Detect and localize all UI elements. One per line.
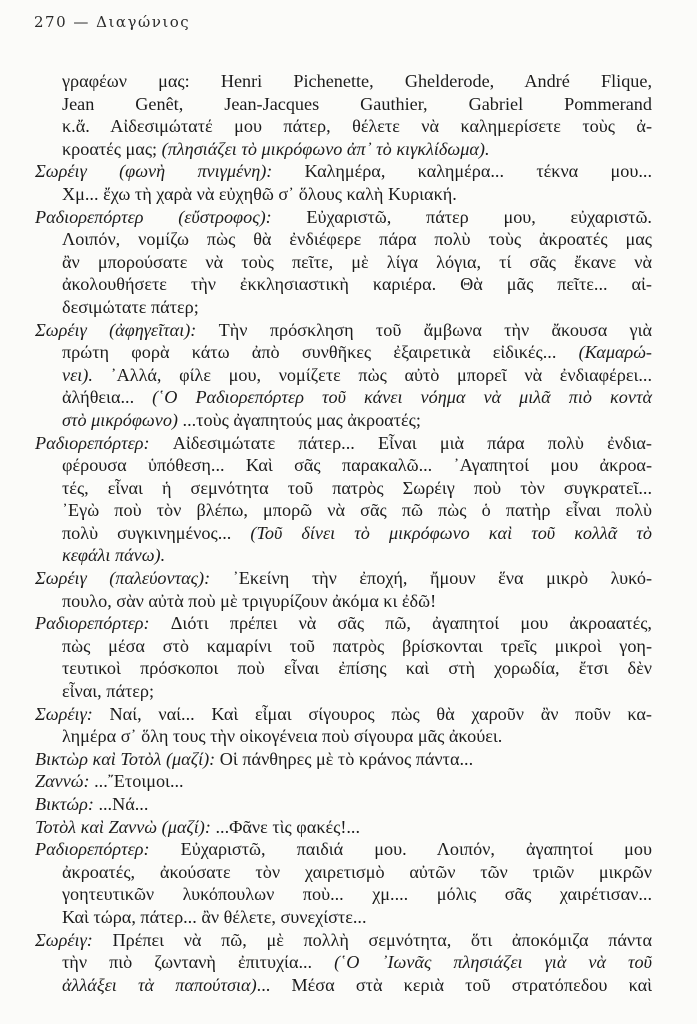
speaker-name: Σωρέιγ: (35, 930, 112, 950)
speaker-name: Σωρέιγ: (35, 704, 110, 724)
dialogue-text: Καὶ τώρα, πάτερ... ἂν θέλετε, συνεχίστε.… (62, 907, 367, 927)
speaker-line: Σωρέιγ: Πρέπει νὰ πῶ, μὲ πολλὴ σεμνότητα… (35, 929, 652, 952)
dialogue-text: ᾽Αλλά, φίλε μου, νομίζετε πὼς αὐτὸ μπορε… (111, 365, 652, 385)
speaker-name: Ραδιορεπόρτερ: (35, 839, 181, 859)
text-line: πὼς μέσα στὸ καμαρίνι τοῦ πατρὸς βρίσκον… (62, 635, 652, 658)
dialogue-text: γοητευτικῶν λυκόπουλων ποὺ... χμ.... μόλ… (62, 884, 652, 904)
speaker-name: Ραδιορεπόρτερ: (35, 613, 171, 633)
speaker-name: Σωρέιγ (φωνὴ πνιγμένη): (35, 161, 305, 181)
text-line: Καὶ τώρα, πάτερ... ἂν θέλετε, συνεχίστε.… (62, 906, 652, 929)
dialogue-text: κροατές μας; (62, 139, 162, 159)
dialogue-text: ἀκολουθήσετε τὴν ἐκκλησιαστικὴ καριέρα. … (62, 274, 652, 294)
dialogue-text: εἶναι, πάτερ; (62, 681, 154, 701)
text-line: ᾽Εγὼ ποὺ τὸν βλέπω, μπορῶ νὰ σᾶς πῶ πὼς … (62, 499, 652, 522)
stage-direction: κεφάλι πάνω). (62, 545, 165, 565)
stage-direction: ἀλλάξει τὰ παπούτσια) (62, 975, 257, 995)
dialogue-text: τὴν πιὸ ζωντανὴ ἐπιτυχία... (62, 952, 334, 972)
dialogue-text: πὼς μέσα στὸ καμαρίνι τοῦ πατρὸς βρίσκον… (62, 636, 652, 656)
dialogue-text: Λοιπόν, νομίζω πὼς θὰ ἐνδιέφερε πάρα πολ… (62, 229, 652, 249)
dialogue-text: ἀκροατές, ἀκούσατε τὸν χαιρετισμὸ αὐτῶν … (62, 862, 652, 882)
dialogue-text: Εὐχαριστῶ, πάτερ μου, εὐχαριστῶ. (306, 207, 652, 227)
text-line: πουλο, σὰν αὐτὰ ποὺ μὲ τριγυρίζουν ἀκόμα… (62, 590, 652, 613)
stage-direction: (῾Ο Ραδιορεπόρτερ τοῦ κάνει νόημα νὰ μιλ… (152, 387, 652, 407)
dialogue-text: ...῎Ετοιμοι... (94, 771, 183, 791)
dialogue-text: Πρέπει νὰ πῶ, μὲ πολλὴ σεμνότητα, ὅτι ἀπ… (112, 930, 652, 950)
speaker-line: Ραδιορεπόρτερ: Εὐχαριστῶ, παιδιά μου. Λο… (35, 838, 652, 861)
stage-direction: (πλησιάζει τὸ μικρόφωνο ἀπ᾽ τὸ κιγκλίδωμ… (162, 139, 490, 159)
stage-direction: (Καμαρώ- (579, 342, 652, 362)
dialogue-text: ...Νά... (98, 794, 148, 814)
play-text: γραφέων μας: Henri Pichenette, Ghelderod… (62, 70, 652, 996)
text-line: φέρουσα ὑπόθεση... Καὶ σᾶς παρακαλῶ... ᾽… (62, 454, 652, 477)
text-line: ἀκολουθήσετε τὴν ἐκκλησιαστικὴ καριέρα. … (62, 273, 652, 296)
speaker-line: Βικτώρ: ...Νά... (35, 793, 652, 816)
text-line: Χμ... ἔχω τὴ χαρὰ νὰ εὐχηθῶ σ᾽ ὅλους καλ… (62, 183, 652, 206)
dialogue-text: Διότι πρέπει νὰ σᾶς πῶ, ἀγαπητοί μου ἀκρ… (171, 613, 652, 633)
speaker-line: Ραδιορεπόρτερ: Αἰδεσιμώτατε πάτερ... Εἶν… (35, 432, 652, 455)
dialogue-text: ...τοὺς ἀγαπητούς μας ἀκροατές; (183, 410, 421, 430)
speaker-line: Ραδιορεπόρτερ: Διότι πρέπει νὰ σᾶς πῶ, ἀ… (35, 612, 652, 635)
text-line: ἀλλάξει τὰ παπούτσια)... Μέσα στὰ κεριὰ … (62, 974, 652, 997)
dialogue-text: τευτικοὶ πρόσκοποι ποὺ εἶναι ἐπίσης καὶ … (62, 658, 652, 678)
speaker-line: Σωρέιγ (παλεύοντας): ᾽Εκείνη τὴν ἐποχή, … (35, 567, 652, 590)
text-line: Λοιπόν, νομίζω πὼς θὰ ἐνδιέφερε πάρα πολ… (62, 228, 652, 251)
text-line: κροατές μας; (πλησιάζει τὸ μικρόφωνο ἀπ᾽… (62, 138, 652, 161)
speaker-name: Βικτὼρ καὶ Τοτὸλ (μαζί): (35, 749, 220, 769)
text-line: πολὺ συγκινημένος... (Τοῦ δίνει τὸ μικρό… (62, 522, 652, 545)
text-line: ἀλήθεια... (῾Ο Ραδιορεπόρτερ τοῦ κάνει ν… (62, 386, 652, 409)
text-line: ἀκροατές, ἀκούσατε τὸν χαιρετισμὸ αὐτῶν … (62, 861, 652, 884)
speaker-name: Σωρέιγ (ἀφηγεῖται): (35, 320, 219, 340)
text-line: πρώτη φορὰ κάτω ἀπὸ συνθῆκες ἐξαιρετικὰ … (62, 341, 652, 364)
text-line: δεσιμώτατε πάτερ; (62, 296, 652, 319)
dialogue-text: πρώτη φορὰ κάτω ἀπὸ συνθῆκες ἐξαιρετικὰ … (62, 342, 579, 362)
speaker-line: Ζαννώ: ...῎Ετοιμοι... (35, 770, 652, 793)
speaker-name: Τοτὸλ καὶ Ζαννὼ (μαζί): (35, 817, 215, 837)
dialogue-text: Ναί, ναί... Καὶ εἶμαι σίγουρος πὼς θὰ χα… (110, 704, 652, 724)
text-line: λημέρα σ᾽ ὅλη τους τὴν οἰκογένεια ποὺ σί… (62, 725, 652, 748)
dialogue-text: Οἱ πάνθηρες μὲ τὸ κράνος πάντα... (220, 749, 473, 769)
speaker-name: Βικτώρ: (35, 794, 98, 814)
text-line: τὴν πιὸ ζωντανὴ ἐπιτυχία... (῾Ο ᾽Ιωνᾶς π… (62, 951, 652, 974)
dialogue-text: λημέρα σ᾽ ὅλη τους τὴν οἰκογένεια ποὺ σί… (62, 726, 502, 746)
speaker-name: Ραδιορεπόρτερ (εὔστροφος): (35, 207, 306, 227)
dialogue-text: Τὴν πρόσκληση τοῦ ἄμβωνα τὴν ἄκουσα γιὰ (219, 320, 652, 340)
dialogue-text: ...Φᾶνε τὶς φακές!... (215, 817, 360, 837)
dialogue-text: ἀλήθεια... (62, 387, 152, 407)
dialogue-text: ἂν μπορούσατε νὰ τοὺς πεῖτε, μὲ λίγα λόγ… (62, 252, 652, 272)
dialogue-text: Εὐχαριστῶ, παιδιά μου. Λοιπόν, ἀγαπητοί … (181, 839, 652, 859)
text-line: κεφάλι πάνω). (62, 544, 652, 567)
text-line: τές, εἶναι ἡ σεμνότητα τοῦ πατρὸς Σωρέιγ… (62, 477, 652, 500)
dialogue-text: Καλημέρα, καλημέρα... τέκνα μου... (305, 161, 652, 181)
dialogue-text: ᾽Εκείνη τὴν ἐποχή, ἤμουν ἕνα μικρὸ λυκό- (233, 568, 652, 588)
dialogue-text: Αἰδεσιμώτατε πάτερ... Εἶναι μιὰ πάρα πολ… (173, 433, 652, 453)
speaker-line: Ραδιορεπόρτερ (εὔστροφος): Εὐχαριστῶ, πά… (35, 206, 652, 229)
dialogue-text: φέρουσα ὑπόθεση... Καὶ σᾶς παρακαλῶ... ᾽… (62, 455, 652, 475)
dialogue-text: Jean Genêt, Jean-Jacques Gauthier, Gabri… (62, 94, 652, 114)
text-line: κ.ἄ. Αἰδεσιμώτατέ μου πάτερ, θέλετε νὰ κ… (62, 115, 652, 138)
stage-direction: νει). (62, 365, 111, 385)
text-line: νει). ᾽Αλλά, φίλε μου, νομίζετε πὼς αὐτὸ… (62, 364, 652, 387)
dialogue-text: ... Μέσα στὰ κεριὰ τοῦ στρατόπεδου καὶ (257, 975, 652, 995)
speaker-name: Σωρέιγ (παλεύοντας): (35, 568, 233, 588)
speaker-line: Σωρέιγ (ἀφηγεῖται): Τὴν πρόσκληση τοῦ ἄμ… (35, 319, 652, 342)
text-line: στὸ μικρόφωνο) ...τοὺς ἀγαπητούς μας ἀκρ… (62, 409, 652, 432)
speaker-line: Σωρέιγ (φωνὴ πνιγμένη): Καλημέρα, καλημέ… (35, 160, 652, 183)
speaker-line: Σωρέιγ: Ναί, ναί... Καὶ εἶμαι σίγουρος π… (35, 703, 652, 726)
text-line: τευτικοὶ πρόσκοποι ποὺ εἶναι ἐπίσης καὶ … (62, 657, 652, 680)
dialogue-text: πολὺ συγκινημένος... (62, 523, 250, 543)
stage-direction: στὸ μικρόφωνο) (62, 410, 183, 430)
text-line: εἶναι, πάτερ; (62, 680, 652, 703)
speaker-name: Ραδιορεπόρτερ: (35, 433, 173, 453)
text-line: Jean Genêt, Jean-Jacques Gauthier, Gabri… (62, 93, 652, 116)
speaker-line: Τοτὸλ καὶ Ζαννὼ (μαζί): ...Φᾶνε τὶς φακέ… (35, 816, 652, 839)
text-line: ἂν μπορούσατε νὰ τοὺς πεῖτε, μὲ λίγα λόγ… (62, 251, 652, 274)
text-line: γοητευτικῶν λυκόπουλων ποὺ... χμ.... μόλ… (62, 883, 652, 906)
dialogue-text: ᾽Εγὼ ποὺ τὸν βλέπω, μπορῶ νὰ σᾶς πῶ πὼς … (62, 500, 652, 520)
dialogue-text: δεσιμώτατε πάτερ; (62, 297, 199, 317)
dialogue-text: κ.ἄ. Αἰδεσιμώτατέ μου πάτερ, θέλετε νὰ κ… (62, 116, 652, 136)
speaker-line: Βικτὼρ καὶ Τοτὸλ (μαζί): Οἱ πάνθηρες μὲ … (35, 748, 652, 771)
dialogue-text: γραφέων μας: Henri Pichenette, Ghelderod… (62, 71, 652, 91)
dialogue-text: Χμ... ἔχω τὴ χαρὰ νὰ εὐχηθῶ σ᾽ ὅλους καλ… (62, 184, 457, 204)
stage-direction: (῾Ο ᾽Ιωνᾶς πλησιάζει γιὰ νὰ τοῦ (334, 952, 652, 972)
dialogue-text: πουλο, σὰν αὐτὰ ποὺ μὲ τριγυρίζουν ἀκόμα… (62, 591, 436, 611)
stage-direction: (Τοῦ δίνει τὸ μικρόφωνο καὶ τοῦ κολλᾶ τὸ (250, 523, 652, 543)
speaker-name: Ζαννώ: (35, 771, 94, 791)
text-line: γραφέων μας: Henri Pichenette, Ghelderod… (62, 70, 652, 93)
dialogue-text: τές, εἶναι ἡ σεμνότητα τοῦ πατρὸς Σωρέιγ… (62, 478, 652, 498)
running-head: 270 — Διαγώνιος (34, 13, 190, 31)
